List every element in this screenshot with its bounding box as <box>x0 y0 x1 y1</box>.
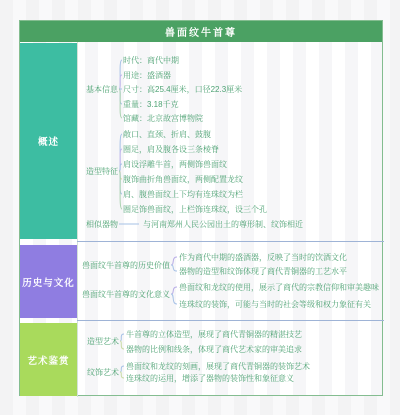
section-overview[interactable]: 概述 <box>20 43 77 239</box>
map-title: 兽面纹牛首尊 <box>165 24 237 39</box>
node-shape-1[interactable]: 敞口、直颈、折肩、鼓腹 <box>123 129 211 140</box>
node-pattern-art-1[interactable]: 兽面纹和龙纹的刻画，展现了商代青铜器的装饰艺术 <box>126 361 310 372</box>
branch-cultural-meaning[interactable]: 兽面纹牛首尊的文化意义 <box>82 289 170 300</box>
node-history-1[interactable]: 作为商代中期的盛酒器，反映了当时的饮酒文化 <box>179 252 347 263</box>
section-art-appreciation[interactable]: 艺术鉴赏 <box>20 323 77 396</box>
node-culture-2[interactable]: 连珠纹的装饰，可能与当时的社会等级和权力象征有关 <box>179 299 371 310</box>
page-background: { "title": "兽面纹牛首尊", "colors": { "header… <box>0 0 400 415</box>
branch-pattern-art[interactable]: 纹饰艺术 <box>87 367 119 378</box>
node-similar-1[interactable]: 与河南郑州人民公园出土的尊形制、纹饰相近 <box>143 219 303 230</box>
section-divider-2 <box>77 320 384 321</box>
node-collection[interactable]: 馆藏：北京故宫博物院 <box>123 113 203 124</box>
node-shape-2[interactable]: 圈足，肩及腹各设三条棱脊 <box>123 144 219 155</box>
node-weight[interactable]: 重量：3.18千克 <box>123 99 179 110</box>
root-node[interactable]: 兽面纹牛首尊 <box>20 21 382 42</box>
section-overview-label: 概述 <box>38 134 59 148</box>
node-era[interactable]: 时代：商代中期 <box>123 55 179 66</box>
node-use[interactable]: 用途：盛酒器 <box>123 70 171 81</box>
node-size[interactable]: 尺寸：高25.4厘米，口径22.3厘米 <box>123 84 242 95</box>
branch-shape-features[interactable]: 造型特征 <box>86 166 118 177</box>
node-shape-3[interactable]: 肩设浮雕牛首，两侧饰兽面纹 <box>123 159 227 170</box>
node-shape-art-2[interactable]: 器物的比例和线条，体现了商代艺术家的审美追求 <box>126 344 302 355</box>
branch-historical-value[interactable]: 兽面纹牛首尊的历史价值 <box>82 260 170 271</box>
node-shape-4[interactable]: 腹饰曲折角兽面纹，两侧配置龙纹 <box>123 174 243 185</box>
section-history-culture-label: 历史与文化 <box>22 275 75 289</box>
column-divider <box>77 42 78 397</box>
section-history-culture[interactable]: 历史与文化 <box>20 245 77 318</box>
section-divider-1 <box>77 241 384 242</box>
node-shape-art-1[interactable]: 牛首尊的立体造型，展现了商代青铜器的精湛技艺 <box>126 329 302 340</box>
node-shape-5[interactable]: 肩、腹兽面纹上下均有连珠纹为栏 <box>123 189 243 200</box>
node-culture-1[interactable]: 兽面纹和龙纹的使用，展示了商代的宗教信仰和审美趣味 <box>179 282 379 293</box>
node-history-2[interactable]: 器物的造型和纹饰体现了商代青铜器的工艺水平 <box>179 266 347 277</box>
branch-shape-art[interactable]: 造型艺术 <box>87 336 119 347</box>
mindmap-canvas: 兽面纹牛首尊 概述 历史与文化 艺术鉴赏 基本信息 时代：商代中期 用 <box>19 20 383 396</box>
branch-similar-objects[interactable]: 相似器物 <box>86 219 118 230</box>
node-shape-6[interactable]: 圈足饰兽面纹，上栏饰连珠纹，设三个孔 <box>123 204 267 215</box>
branch-basic-info[interactable]: 基本信息 <box>86 84 118 95</box>
node-pattern-art-2[interactable]: 连珠纹的运用，增添了器物的装饰性和象征意义 <box>126 373 294 384</box>
section-art-appreciation-label: 艺术鉴赏 <box>27 353 69 367</box>
